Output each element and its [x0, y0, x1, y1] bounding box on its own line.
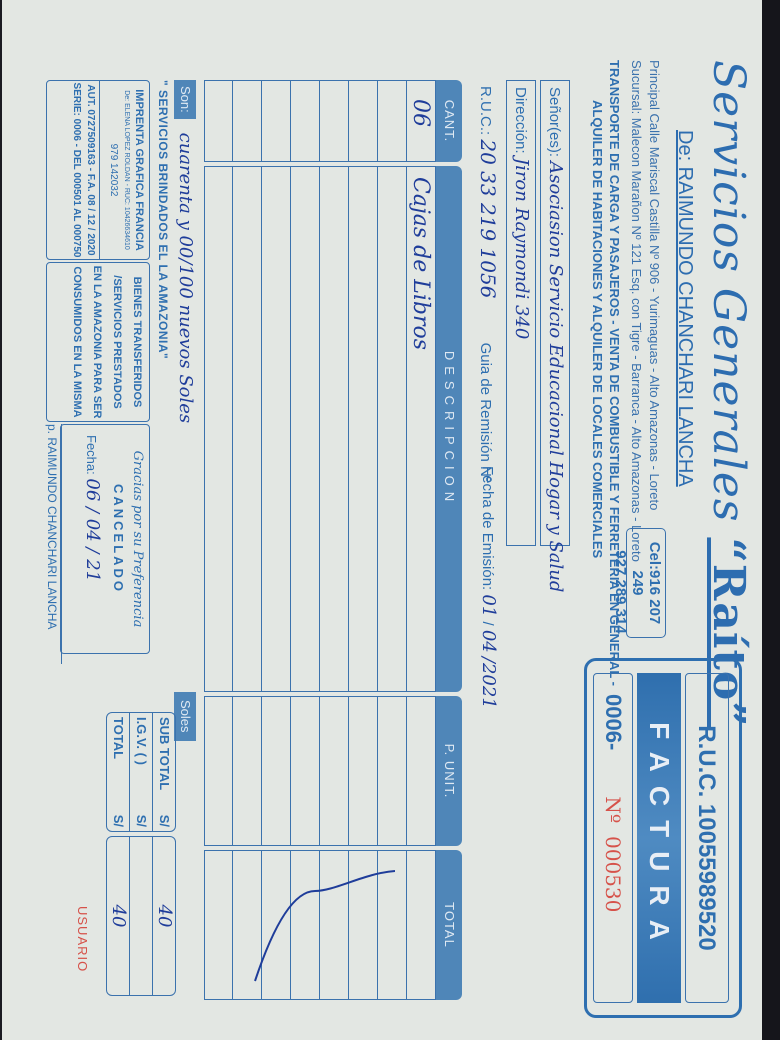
strike-mark-icon [245, 861, 395, 991]
client-name-field: Señor(es): Asociasion Servicio Educacion… [540, 80, 570, 546]
column-total [204, 850, 436, 1000]
issue-date-month: 04 [478, 630, 499, 653]
invoice-number: 0006- Nº 000530 [593, 673, 633, 1003]
currency-tag: Soles [174, 692, 196, 741]
document-type: FACTURA [637, 673, 681, 1003]
footer-quote: " SERVICIOS BRINDADOS EL LA AMAZONIA" [156, 80, 170, 359]
company-title: Servicios Generales “Raíto” [703, 60, 754, 728]
printer-authorization: AUT. 0727509163 - F.A. 08 / 12 / 2020 [85, 81, 100, 259]
son-value: cuarenta y 00/100 nuevos Soles [175, 133, 196, 424]
issuer-ruc: R.U.C. 10055989520 [685, 673, 729, 1003]
issue-date-year: /2021 [478, 657, 499, 709]
phone-box: Cel:916 207 249 927 289 314 [626, 528, 666, 638]
amazonia-line: EN LA AMAZONIA PARA SER [87, 263, 107, 421]
invoice-sheet: Servicios Generales “Raíto” De: RAIMUNDO… [2, 0, 762, 1040]
printer-owner: De: ELENA LOPEZ ROLDAN - RUC: 1042663461… [123, 81, 130, 259]
printer-phone: 979 142032 [108, 81, 119, 259]
column-cant: 06 [204, 80, 436, 162]
phone-1: 916 207 249 [629, 570, 663, 624]
copy-label: USUARIO [75, 906, 90, 972]
invoice-serie: 0006- [601, 694, 626, 750]
total-value: 40 [106, 837, 129, 995]
printer-serie-range: SERIE: 0006 - DEL 000501 AL 000750 [71, 81, 82, 259]
owner-name: De: RAIMUNDO CHANCHARI LANCHA [673, 130, 696, 487]
client-name-label: Señor(es): [546, 87, 563, 157]
total-label: TOTAL [106, 717, 129, 759]
header-total: TOTAL [436, 850, 462, 1000]
company-name: Servicios Generales [703, 60, 754, 522]
client-ruc-field: R.U.C.: 20 33 219 1056 Guia de Remisión … [472, 80, 502, 460]
cancelado-box: Gracias por su Preferencia CANCELADO Fec… [60, 424, 150, 654]
printer-name: IMPRENTA GRAFICA FRANCIA [133, 81, 145, 259]
column-descripcion: Cajas de Libros [204, 166, 436, 692]
row-1-cant: 06 [406, 81, 435, 161]
header-descripcion: DESCRIPCION [436, 166, 462, 692]
header-p-unit: P. UNIT. [436, 696, 462, 846]
printer-info: IMPRENTA GRAFICA FRANCIA De: ELENA LOPEZ… [46, 80, 150, 260]
column-p-unit [204, 696, 436, 846]
cancel-date-value: 06 / 04 / 21 [82, 478, 103, 582]
client-address-field: Dirección: Jiron Raymondi 340 [506, 80, 536, 546]
address-principal: Principal Calle Mariscal Castilla Nº 906… [647, 60, 662, 510]
services-line-2: ALQUILER DE HABITACIONES Y ALQUILER DE L… [590, 100, 605, 558]
currency-symbol: S/ [130, 815, 152, 827]
client-name-value: Asociasion Servicio Educacional Hogar y … [545, 161, 566, 592]
number-label: Nº [601, 796, 625, 823]
issue-date-field: Fecha de Emisión: 01 / 04 /2021 [472, 460, 502, 1020]
cancel-date-label: Fecha: [84, 435, 99, 475]
amazonia-notice: BIENES TRANSFERIDOS /SERVICIOS PRESTADOS… [46, 262, 150, 422]
client-ruc-value: 20 33 219 1056 [476, 139, 500, 298]
amazonia-line: CONSUMIDOS EN LA MISMA [67, 263, 87, 421]
invoice-correlative: 000530 [601, 836, 625, 912]
phone-label: Cel: [646, 542, 663, 570]
thanks-text: Gracias por su Preferencia [130, 425, 145, 653]
issue-date-label: Fecha de Emisión: [479, 466, 496, 590]
amount-in-words: Son: cuarenta y 00/100 nuevos Soles [174, 80, 196, 692]
ruc-factura-box: R.U.C. 10055989520 FACTURA 0006- Nº 0005… [584, 658, 742, 1018]
currency-symbol: S/ [153, 815, 175, 827]
client-address-label: Dirección: [512, 87, 529, 154]
client-ruc-label: R.U.C.: [477, 86, 494, 135]
subtotal-value: 40 [152, 837, 175, 995]
issue-date-day: 01 [478, 594, 499, 617]
totals-values: 40 40 [106, 836, 176, 996]
amazonia-line: /SERVICIOS PRESTADOS [107, 263, 127, 421]
subtotal-label: SUB TOTAL [153, 717, 175, 790]
currency-symbol: S/ [106, 815, 129, 827]
signature-line: p. RAIMUNDO CHANCHARI LANCHA [45, 424, 62, 664]
igv-label: I.G.V. ( ) [130, 717, 152, 765]
cancelado-label: CANCELADO [111, 425, 126, 653]
row-1-descripcion: Cajas de Libros [406, 167, 435, 691]
address-sucursal: Sucursal: Malecon Marañon Nº 121 Esq. co… [629, 60, 644, 562]
son-label: Son: [174, 80, 196, 119]
amazonia-line: BIENES TRANSFERIDOS [127, 263, 147, 421]
igv-value [129, 837, 152, 995]
client-address-value: Jiron Raymondi 340 [511, 158, 532, 339]
totals-labels: SUB TOTALS/ I.G.V. ( )S/ TOTALS/ [106, 712, 176, 832]
services-line-1: TRANSPORTE DE CARGA Y PASAJEROS - VENTA … [607, 60, 622, 686]
header-cant: CANT. [436, 80, 462, 162]
